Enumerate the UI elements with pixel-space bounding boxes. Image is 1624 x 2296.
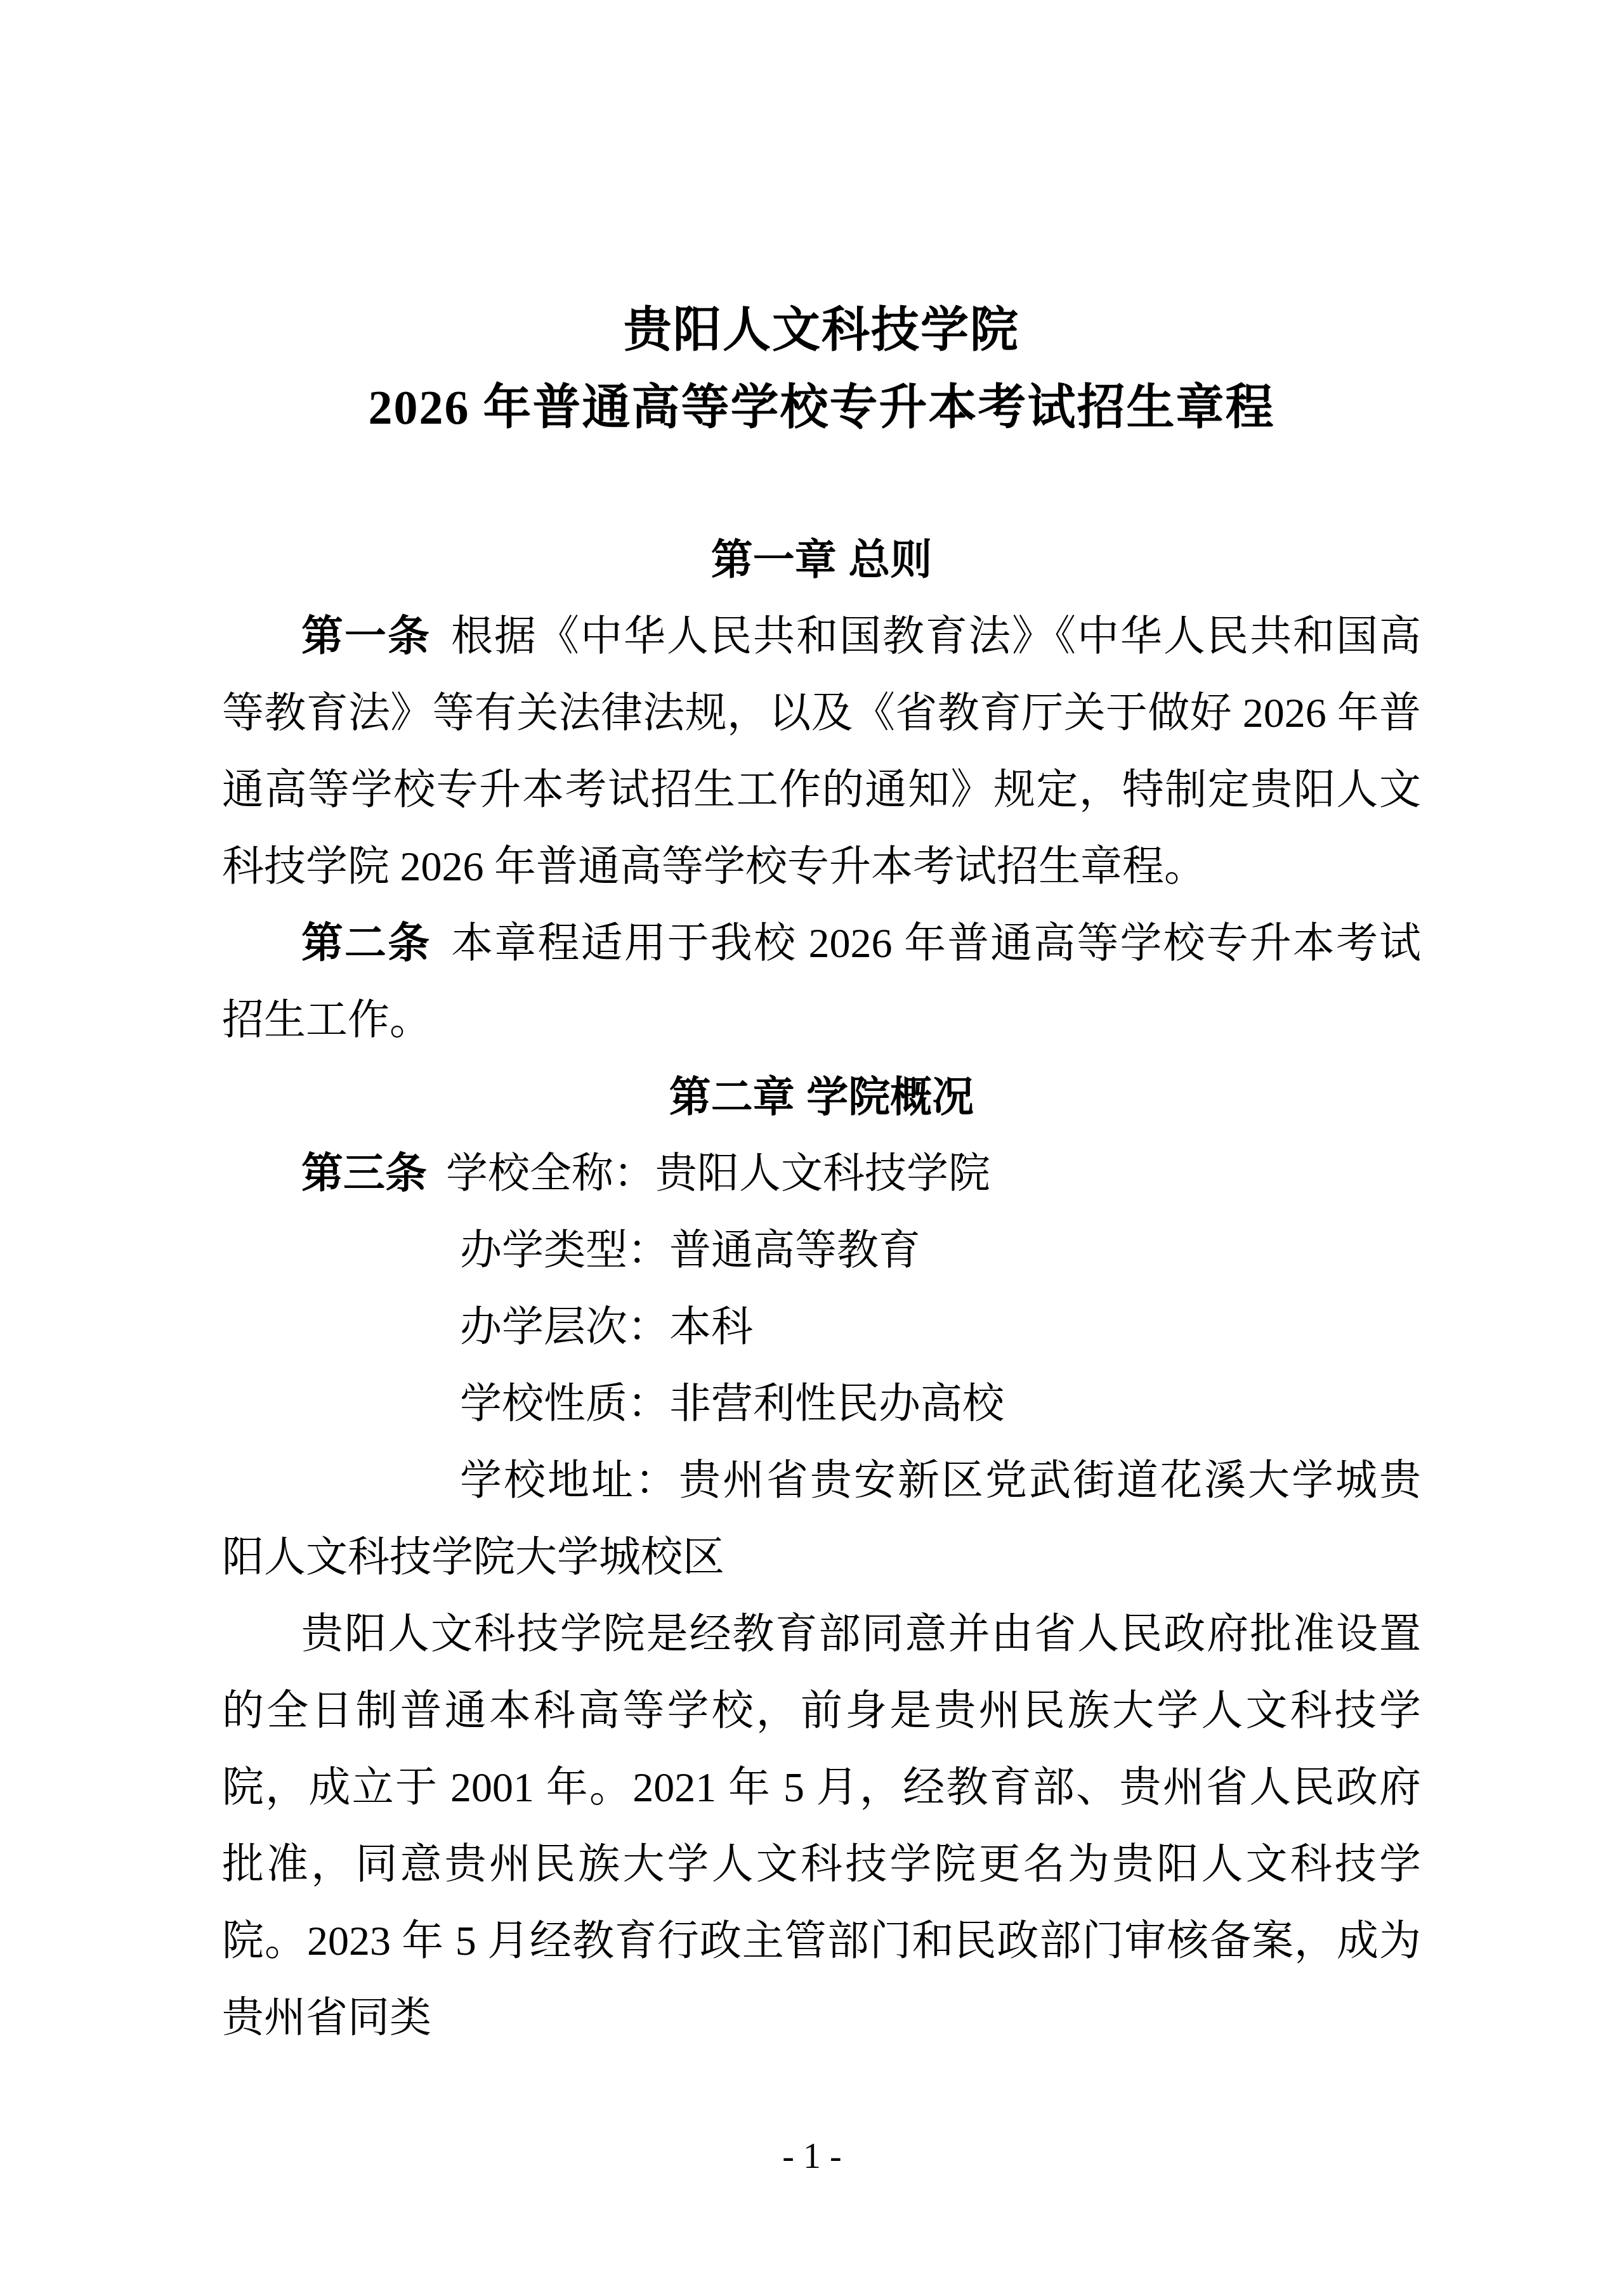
- article-3-label: 第三条: [301, 1151, 427, 1197]
- doc-title-line1: 贵阳人文科技学院: [222, 292, 1421, 369]
- article-paragraph-3: 第三条学校全称：贵阳人文科技学院: [222, 1135, 1421, 1212]
- article-paragraph-2: 第二条本章程适用于我校 2026 年普通高等学校专升本考试招生工作。: [222, 905, 1421, 1059]
- chapter-heading-2: 第二章 学院概况: [222, 1059, 1421, 1135]
- page-number: - 1 -: [0, 2131, 1624, 2182]
- school-info-item-nature: 学校性质：非营利性民办高校: [222, 1366, 1421, 1442]
- school-info-item-type: 办学类型：普通高等教育: [222, 1212, 1421, 1289]
- doc-title-line2: 2026 年普通高等学校专升本考试招生章程: [222, 369, 1421, 447]
- article-3-text: 学校全称：贵阳人文科技学院: [446, 1151, 990, 1197]
- document-page: 贵阳人文科技学院 2026 年普通高等学校专升本考试招生章程 第一章 总则 第一…: [0, 0, 1624, 2296]
- chapter-heading-1: 第一章 总则: [222, 521, 1421, 598]
- article-paragraph-1: 第一条根据《中华人民共和国教育法》《中华人民共和国高等教育法》等有关法律法规，以…: [222, 598, 1421, 905]
- history-paragraph: 贵阳人文科技学院是经教育部同意并由省人民政府批准设置的全日制普通本科高等学校，前…: [222, 1596, 1421, 2056]
- article-1-label: 第一条: [301, 613, 431, 660]
- school-info-item-level: 办学层次：本科: [222, 1289, 1421, 1366]
- article-2-label: 第二条: [301, 920, 431, 967]
- school-info-item-address: 学校地址：贵州省贵安新区党武街道花溪大学城贵阳人文科技学院大学城校区: [222, 1442, 1421, 1596]
- document-content: 贵阳人文科技学院 2026 年普通高等学校专升本考试招生章程 第一章 总则 第一…: [222, 292, 1421, 2056]
